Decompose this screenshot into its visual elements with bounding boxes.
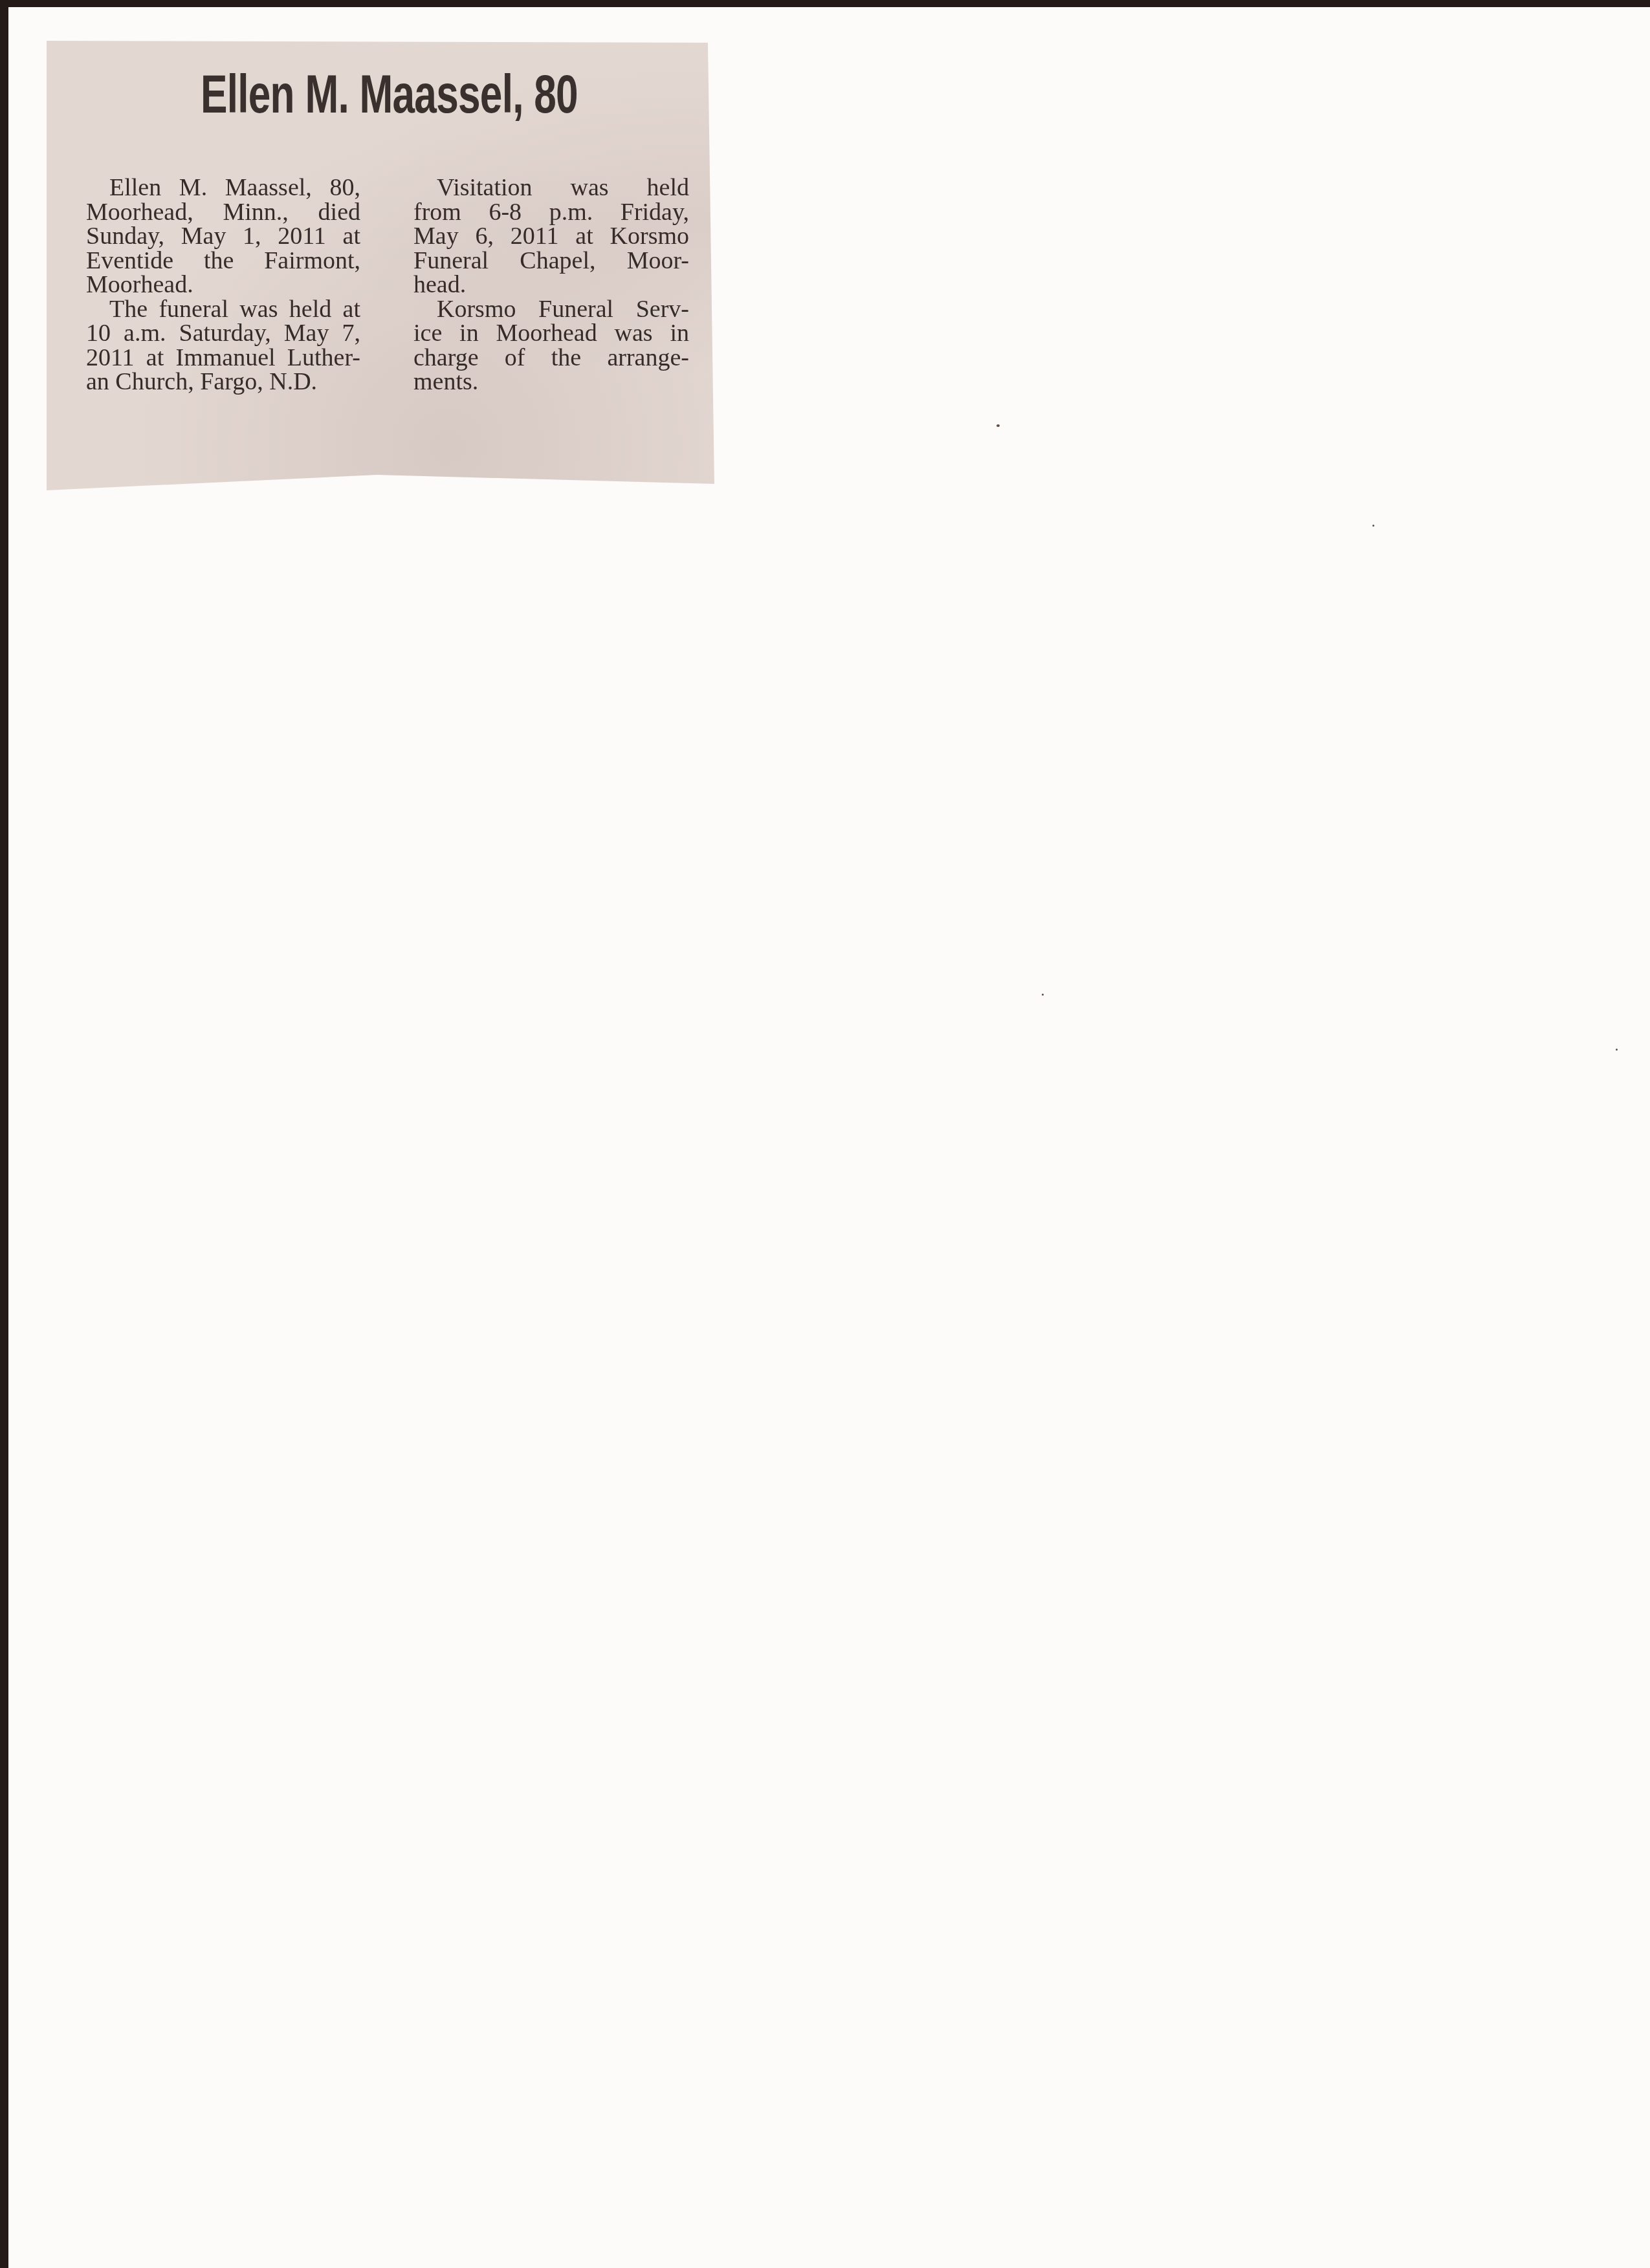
text-line: head.: [390, 273, 689, 298]
text-line: 2011 at Immanuel Luther-: [63, 346, 360, 371]
text-line: charge of the arrange-: [390, 346, 689, 371]
text-line: Moorhead.: [63, 273, 360, 298]
column-1: Ellen M. Maassel, 80, Moorhead, Minn., d…: [63, 176, 360, 395]
text-line: from 6-8 p.m. Friday,: [390, 201, 689, 225]
paragraph-funeral: The funeral was held at 10 a.m. Saturday…: [63, 298, 360, 395]
text-line: Ellen M. Maassel, 80,: [63, 176, 360, 201]
obituary-headline: Ellen M. Maassel, 80: [142, 65, 637, 123]
scan-border-top: [0, 0, 1650, 7]
text-line: ice in Moorhead was in: [390, 322, 689, 346]
column-2: Visitation was held from 6-8 p.m. Friday…: [390, 176, 689, 395]
text-line: May 6, 2011 at Korsmo: [390, 224, 689, 249]
text-line: 10 a.m. Saturday, May 7,: [63, 322, 360, 346]
text-line: Eventide the Fairmont,: [63, 249, 360, 274]
text-line: Korsmo Funeral Serv-: [390, 298, 689, 322]
obituary-body: Ellen M. Maassel, 80, Moorhead, Minn., d…: [63, 176, 710, 474]
paragraph-visitation: Visitation was held from 6-8 p.m. Friday…: [390, 176, 689, 298]
dust-speck: [1372, 525, 1374, 527]
text-line: Visitation was held: [390, 176, 689, 201]
text-line: Moorhead, Minn., died: [63, 201, 360, 225]
text-line: Funeral Chapel, Moor-: [390, 249, 689, 274]
scan-border-left: [0, 0, 8, 2268]
text-line: ments.: [390, 370, 689, 395]
dust-speck: [1616, 1049, 1618, 1051]
paragraph-death-notice: Ellen M. Maassel, 80, Moorhead, Minn., d…: [63, 176, 360, 298]
text-line: an Church, Fargo, N.D.: [63, 370, 360, 395]
text-line: The funeral was held at: [63, 298, 360, 322]
dust-speck: [996, 424, 1000, 427]
text-line: Sunday, May 1, 2011 at: [63, 224, 360, 249]
newspaper-clipping: Ellen M. Maassel, 80 Ellen M. Maassel, 8…: [47, 40, 716, 492]
paragraph-arrangements: Korsmo Funeral Serv- ice in Moorhead was…: [390, 298, 689, 395]
dust-speck: [1042, 994, 1044, 996]
